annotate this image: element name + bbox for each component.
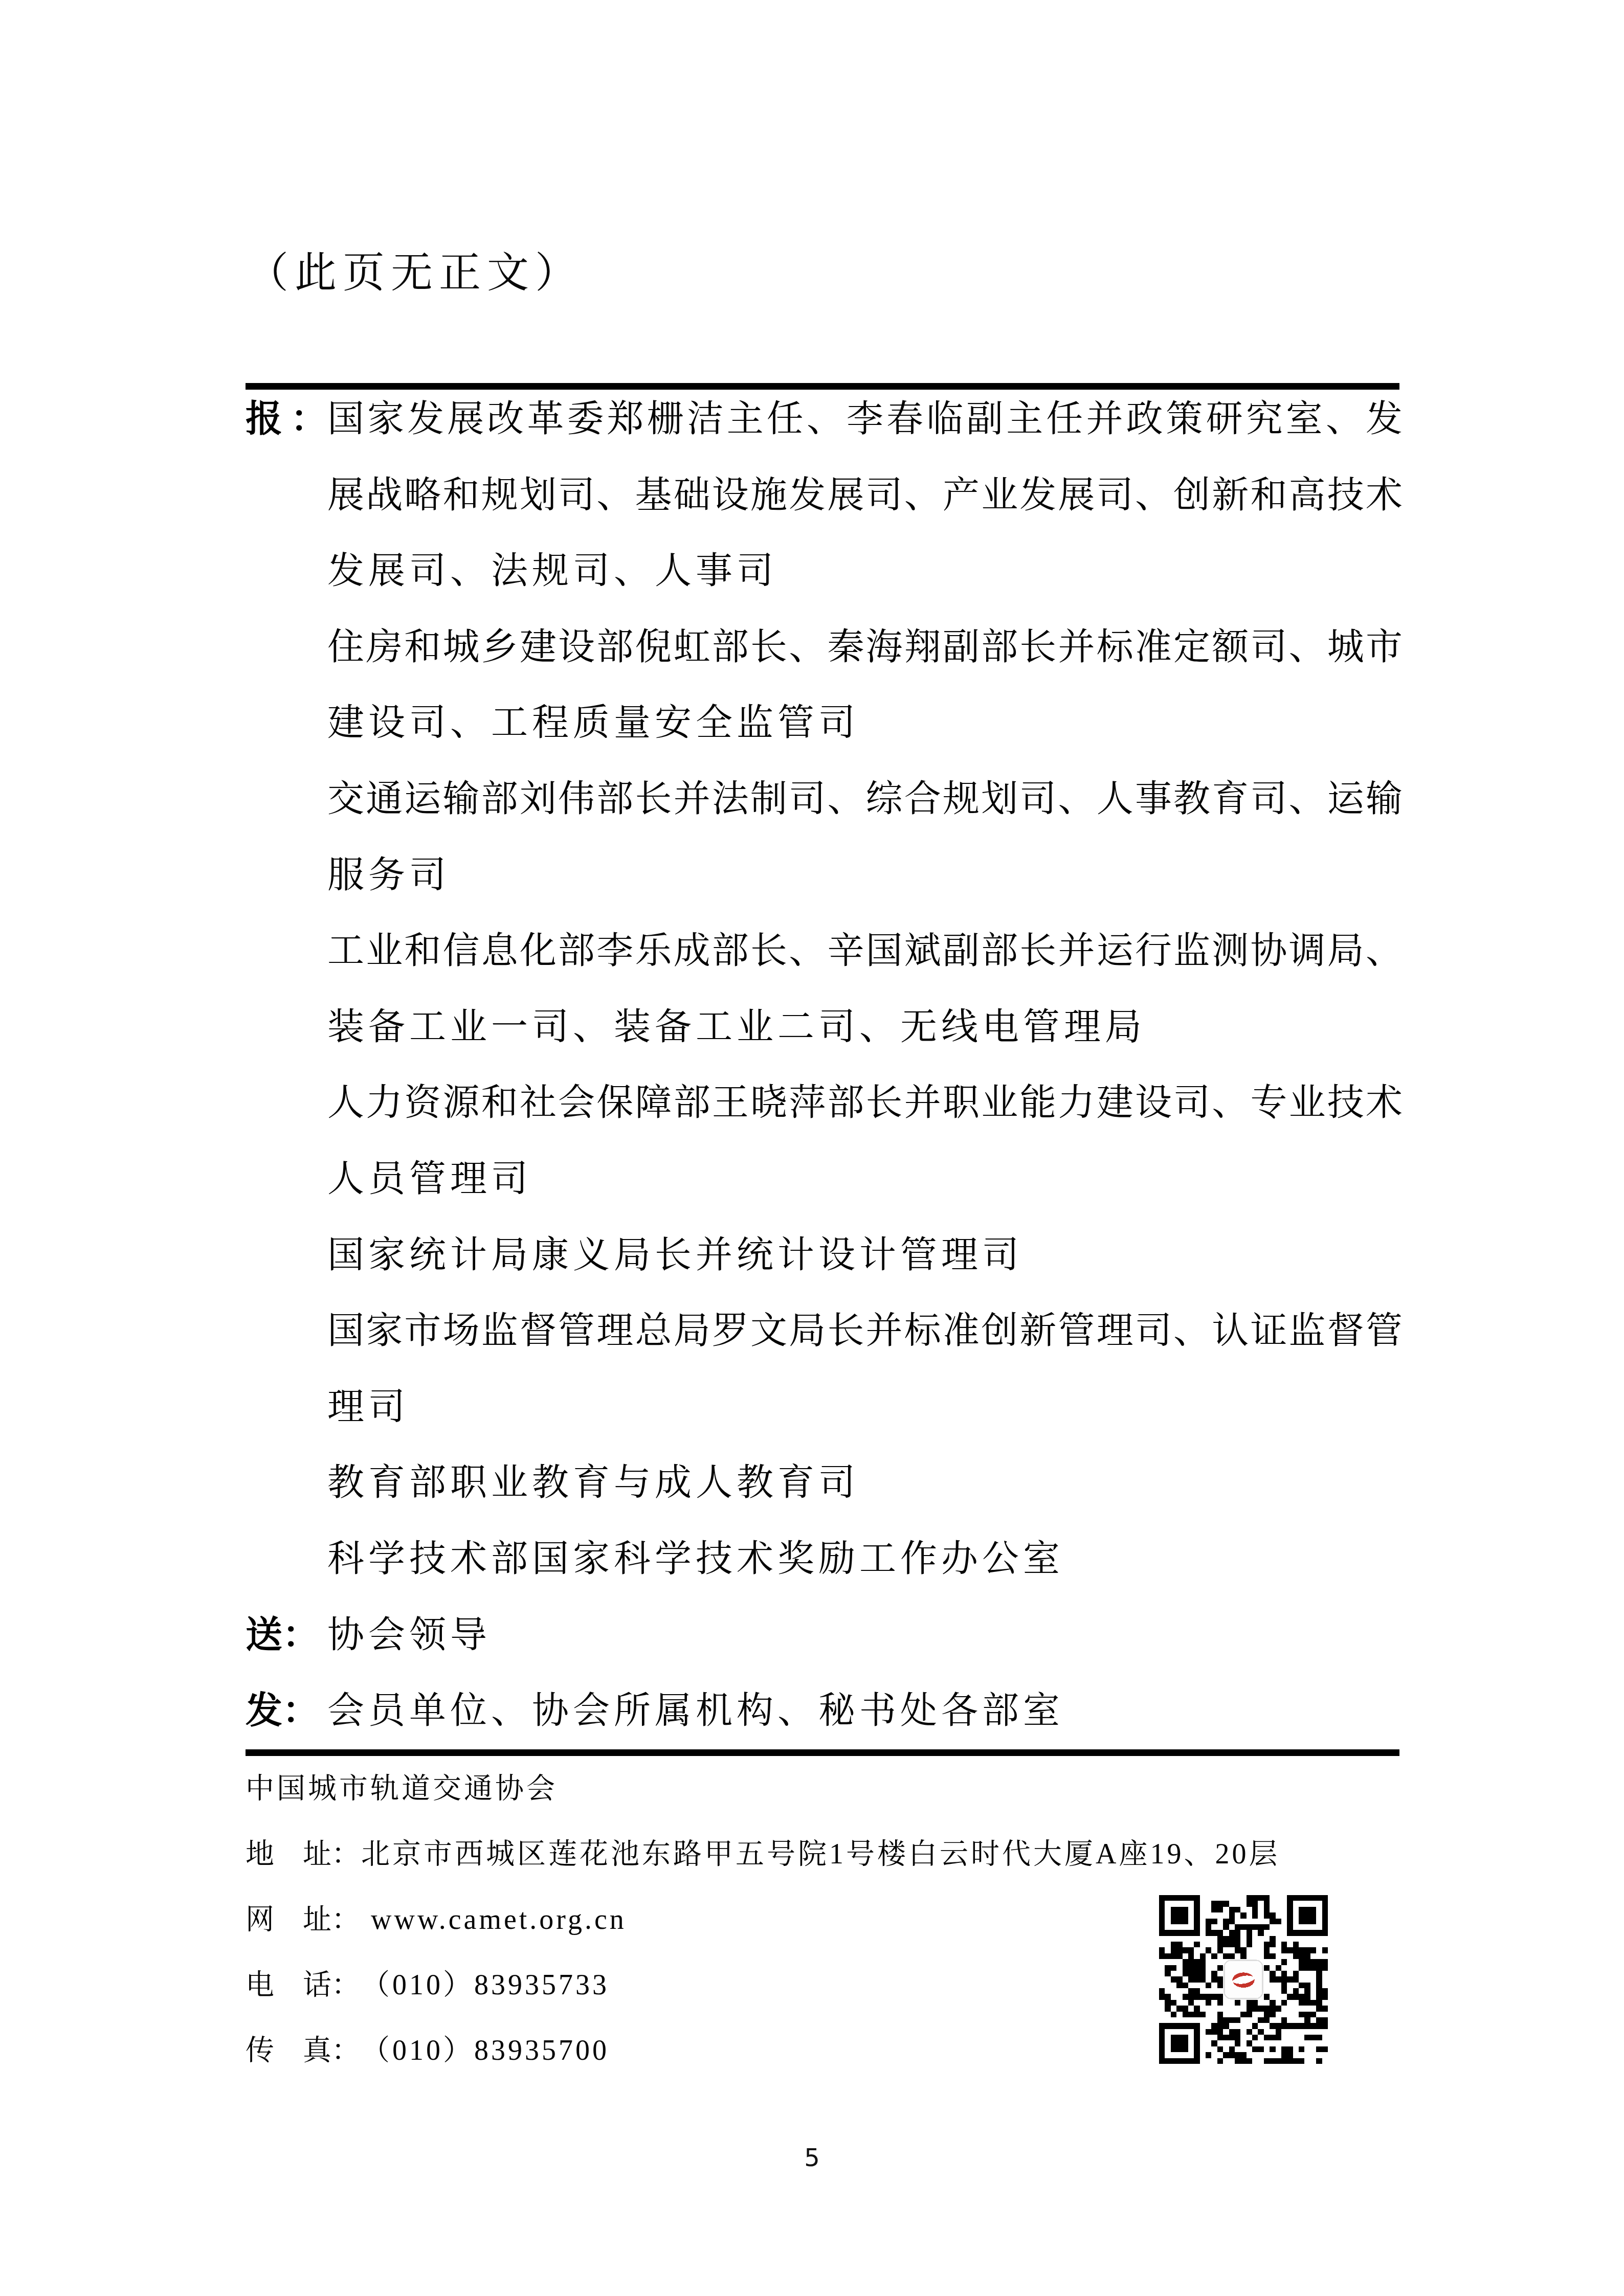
no-main-text-note: （此页无正文）: [247, 239, 583, 299]
distribution-line-text: 会员单位、协会所属机构、秘书处各部室: [327, 1690, 1064, 1731]
org-name: 中国城市轨道交通协会: [246, 1756, 1403, 1821]
bottom-divider-rule: [246, 1749, 1399, 1756]
distribution-line: 发： 会员单位、协会所属机构、秘书处各部室: [246, 1673, 1403, 1749]
distribution-line: 发展司、法规司、人事司: [246, 533, 1403, 609]
wechat-qr-code-icon: [1159, 1895, 1328, 2064]
distribution-line: 服务司: [246, 837, 1403, 913]
fax-label: 传 真：: [246, 2018, 361, 2083]
distribution-line: 理司: [246, 1369, 1403, 1445]
address-label: 地 址：: [246, 1821, 361, 1887]
phone-value: （010）83935733: [361, 1969, 609, 2001]
distribution-line: 科学技术部国家科学技术奖励工作办公室: [246, 1521, 1403, 1597]
distribution-line: 工业和信息化部李乐成部长、辛国斌副部长并运行监测协调局、: [246, 913, 1403, 989]
document-page: { "page": { "no_text_note": "（此页无正文）", "…: [0, 0, 1624, 2296]
distribution-line: 住房和城乡建设部倪虹部长、秦海翔副部长并标准定额司、城市: [246, 609, 1403, 685]
distribution-line: 人力资源和社会保障部王晓萍部长并职业能力建设司、专业技术: [246, 1065, 1403, 1141]
address-row: 地 址：北京市西城区莲花池东路甲五号院1号楼白云时代大厦A座19、20层: [246, 1821, 1403, 1887]
send-to-label: 送：: [246, 1597, 327, 1673]
page-number: 5: [0, 2144, 1624, 2172]
website-value: www.camet.org.cn: [361, 1904, 627, 1935]
distribution-line: 装备工业一司、装备工业二司、无线电管理局: [246, 989, 1403, 1065]
distribution-line: 教育部职业教育与成人教育司: [246, 1445, 1403, 1521]
phone-label: 电 话：: [246, 1952, 361, 2018]
distribution-list: 报： 国家发展改革委郑栅洁主任、李春临副主任并政策研究室、发 展战略和规划司、基…: [246, 381, 1403, 1749]
report-to-label: 报：: [246, 381, 327, 457]
distribution-line: 展战略和规划司、基础设施发展司、产业发展司、创新和高技术: [246, 457, 1403, 533]
distribution-line-text: 国家发展改革委郑栅洁主任、李春临副主任并政策研究室、发: [327, 398, 1403, 439]
distribution-line: 报： 国家发展改革委郑栅洁主任、李春临副主任并政策研究室、发: [246, 381, 1403, 457]
distribution-line: 建设司、工程质量安全监管司: [246, 685, 1403, 761]
distribution-line: 人员管理司: [246, 1141, 1403, 1217]
website-label: 网 址：: [246, 1887, 361, 1952]
issue-to-label: 发：: [246, 1673, 327, 1749]
distribution-line: 国家市场监督管理总局罗文局长并标准创新管理司、认证监督管: [246, 1293, 1403, 1369]
address-value: 北京市西城区莲花池东路甲五号院1号楼白云时代大厦A座19、20层: [361, 1838, 1280, 1870]
distribution-line-text: 协会领导: [327, 1614, 491, 1655]
distribution-line: 送： 协会领导: [246, 1597, 1403, 1673]
distribution-line: 国家统计局康义局长并统计设计管理司: [246, 1217, 1403, 1293]
distribution-line: 交通运输部刘伟部长并法制司、综合规划司、人事教育司、运输: [246, 761, 1403, 837]
fax-value: （010）83935700: [361, 2035, 609, 2066]
